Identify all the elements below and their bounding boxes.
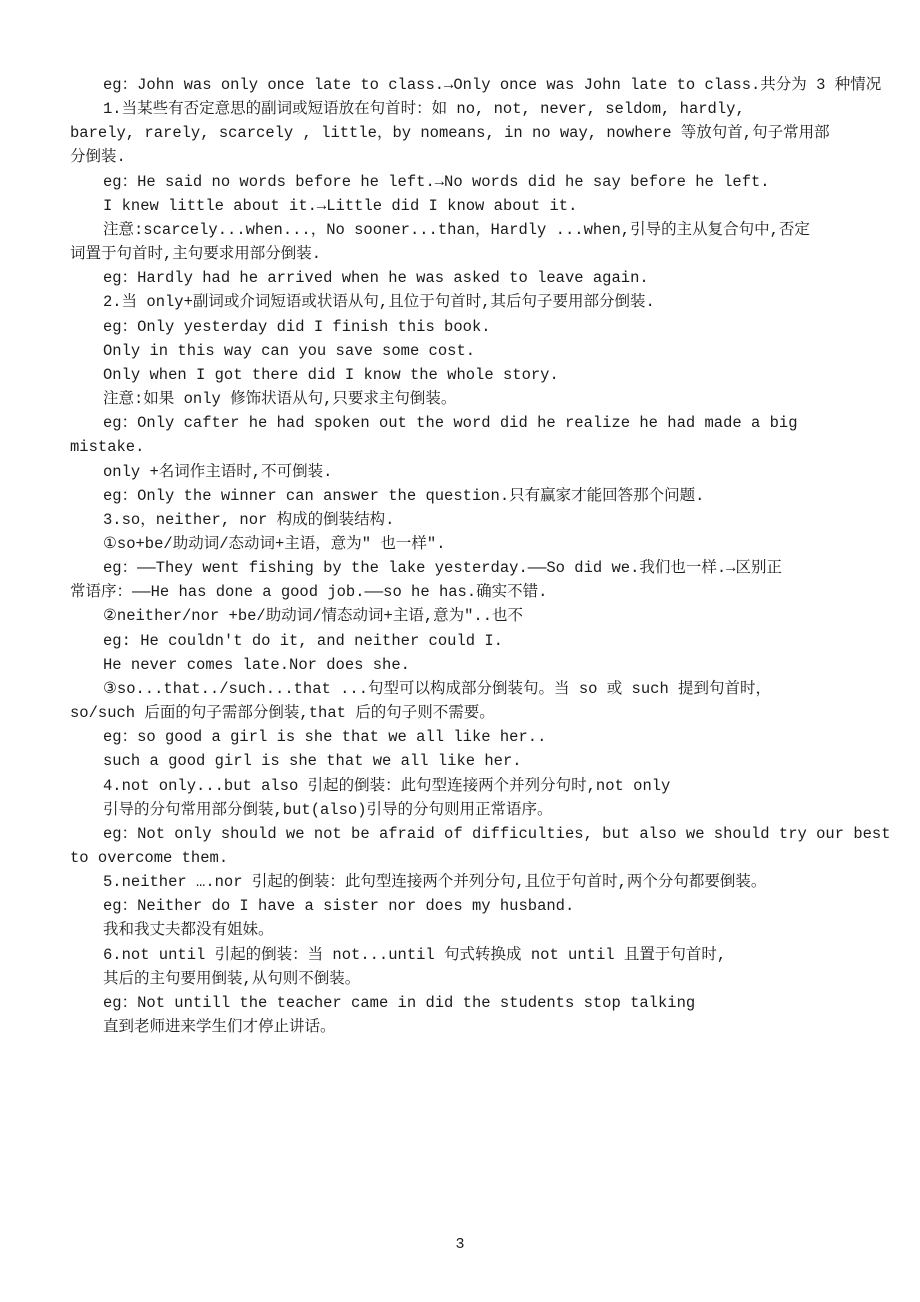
text-line: Only in this way can you save some cost. (70, 339, 890, 363)
text-line: so/such 后面的句子需部分倒装,that 后的句子则不需要。 (70, 701, 890, 725)
text-line: 注意:scarcely...when...，No sooner...than，H… (70, 218, 890, 242)
text-line: 其后的主句要用倒装,从句则不倒装。 (70, 967, 890, 991)
text-line: 3.so，neither, nor 构成的倒装结构. (70, 508, 890, 532)
text-line: 分倒装. (70, 145, 890, 169)
text-line: 注意:如果 only 修饰状语从句,只要求主句倒装。 (70, 387, 890, 411)
text-line: eg：He said no words before he left.→No w… (70, 170, 890, 194)
text-line: 直到老师进来学生们才停止讲话。 (70, 1015, 890, 1039)
text-line: 2.当 only+副词或介词短语或状语从句,且位于句首时,其后句子要用部分倒装. (70, 290, 890, 314)
text-line: 1.当某些有否定意思的副词或短语放在句首时：如 no, not, never, … (70, 97, 890, 121)
text-line: ①so+be/助动词/态动词+主语，意为″ 也一样″. (70, 532, 890, 556)
text-line: eg：Not untill the teacher came in did th… (70, 991, 890, 1015)
text-line: eg：Only yesterday did I finish this book… (70, 315, 890, 339)
text-block: eg：John was only once late to class.→Onl… (70, 73, 890, 1039)
text-line: eg：John was only once late to class.→Onl… (70, 73, 890, 97)
text-line: eg：——They went fishing by the lake yeste… (70, 556, 890, 580)
text-line: 常语序：——He has done a good job.——so he has… (70, 580, 890, 604)
text-line: 引导的分句常用部分倒装,but(also)引导的分句则用正常语序。 (70, 798, 890, 822)
text-line: mistake. (70, 435, 890, 459)
text-line: 5.neither ….nor 引起的倒装：此句型连接两个并列分句,且位于句首时… (70, 870, 890, 894)
text-line: eg：Only cafter he had spoken out the wor… (70, 411, 890, 435)
text-line: eg：Neither do I have a sister nor does m… (70, 894, 890, 918)
text-line: ③so...that../such...that ...句型可以构成部分倒装句。… (70, 677, 890, 701)
text-line: ②neither/nor +be/助动词/情态动词+主语,意为″..也不 (70, 604, 890, 628)
text-line: 6.not until 引起的倒装：当 not...until 句式转换成 no… (70, 943, 890, 967)
text-line: to overcome them. (70, 846, 890, 870)
text-line: He never comes late.Nor does she. (70, 653, 890, 677)
text-line: such a good girl is she that we all like… (70, 749, 890, 773)
text-line: eg：so good a girl is she that we all lik… (70, 725, 890, 749)
text-line: I knew little about it.→Little did I kno… (70, 194, 890, 218)
text-line: only +名词作主语时,不可倒装. (70, 460, 890, 484)
text-line: eg: He couldn't do it, and neither could… (70, 629, 890, 653)
document-page: eg：John was only once late to class.→Onl… (0, 0, 920, 1302)
text-line: 我和我丈夫都没有姐妹。 (70, 918, 890, 942)
text-line: eg：Only the winner can answer the questi… (70, 484, 890, 508)
text-line: 词置于句首时,主句要求用部分倒装. (70, 242, 890, 266)
text-line: Only when I got there did I know the who… (70, 363, 890, 387)
text-line: eg：Not only should we not be afraid of d… (70, 822, 890, 846)
page-number: 3 (0, 1236, 920, 1253)
text-line: barely, rarely, scarcely , little，by nom… (70, 121, 890, 145)
text-line: eg：Hardly had he arrived when he was ask… (70, 266, 890, 290)
text-line: 4.not only...but also 引起的倒装：此句型连接两个并列分句时… (70, 774, 890, 798)
